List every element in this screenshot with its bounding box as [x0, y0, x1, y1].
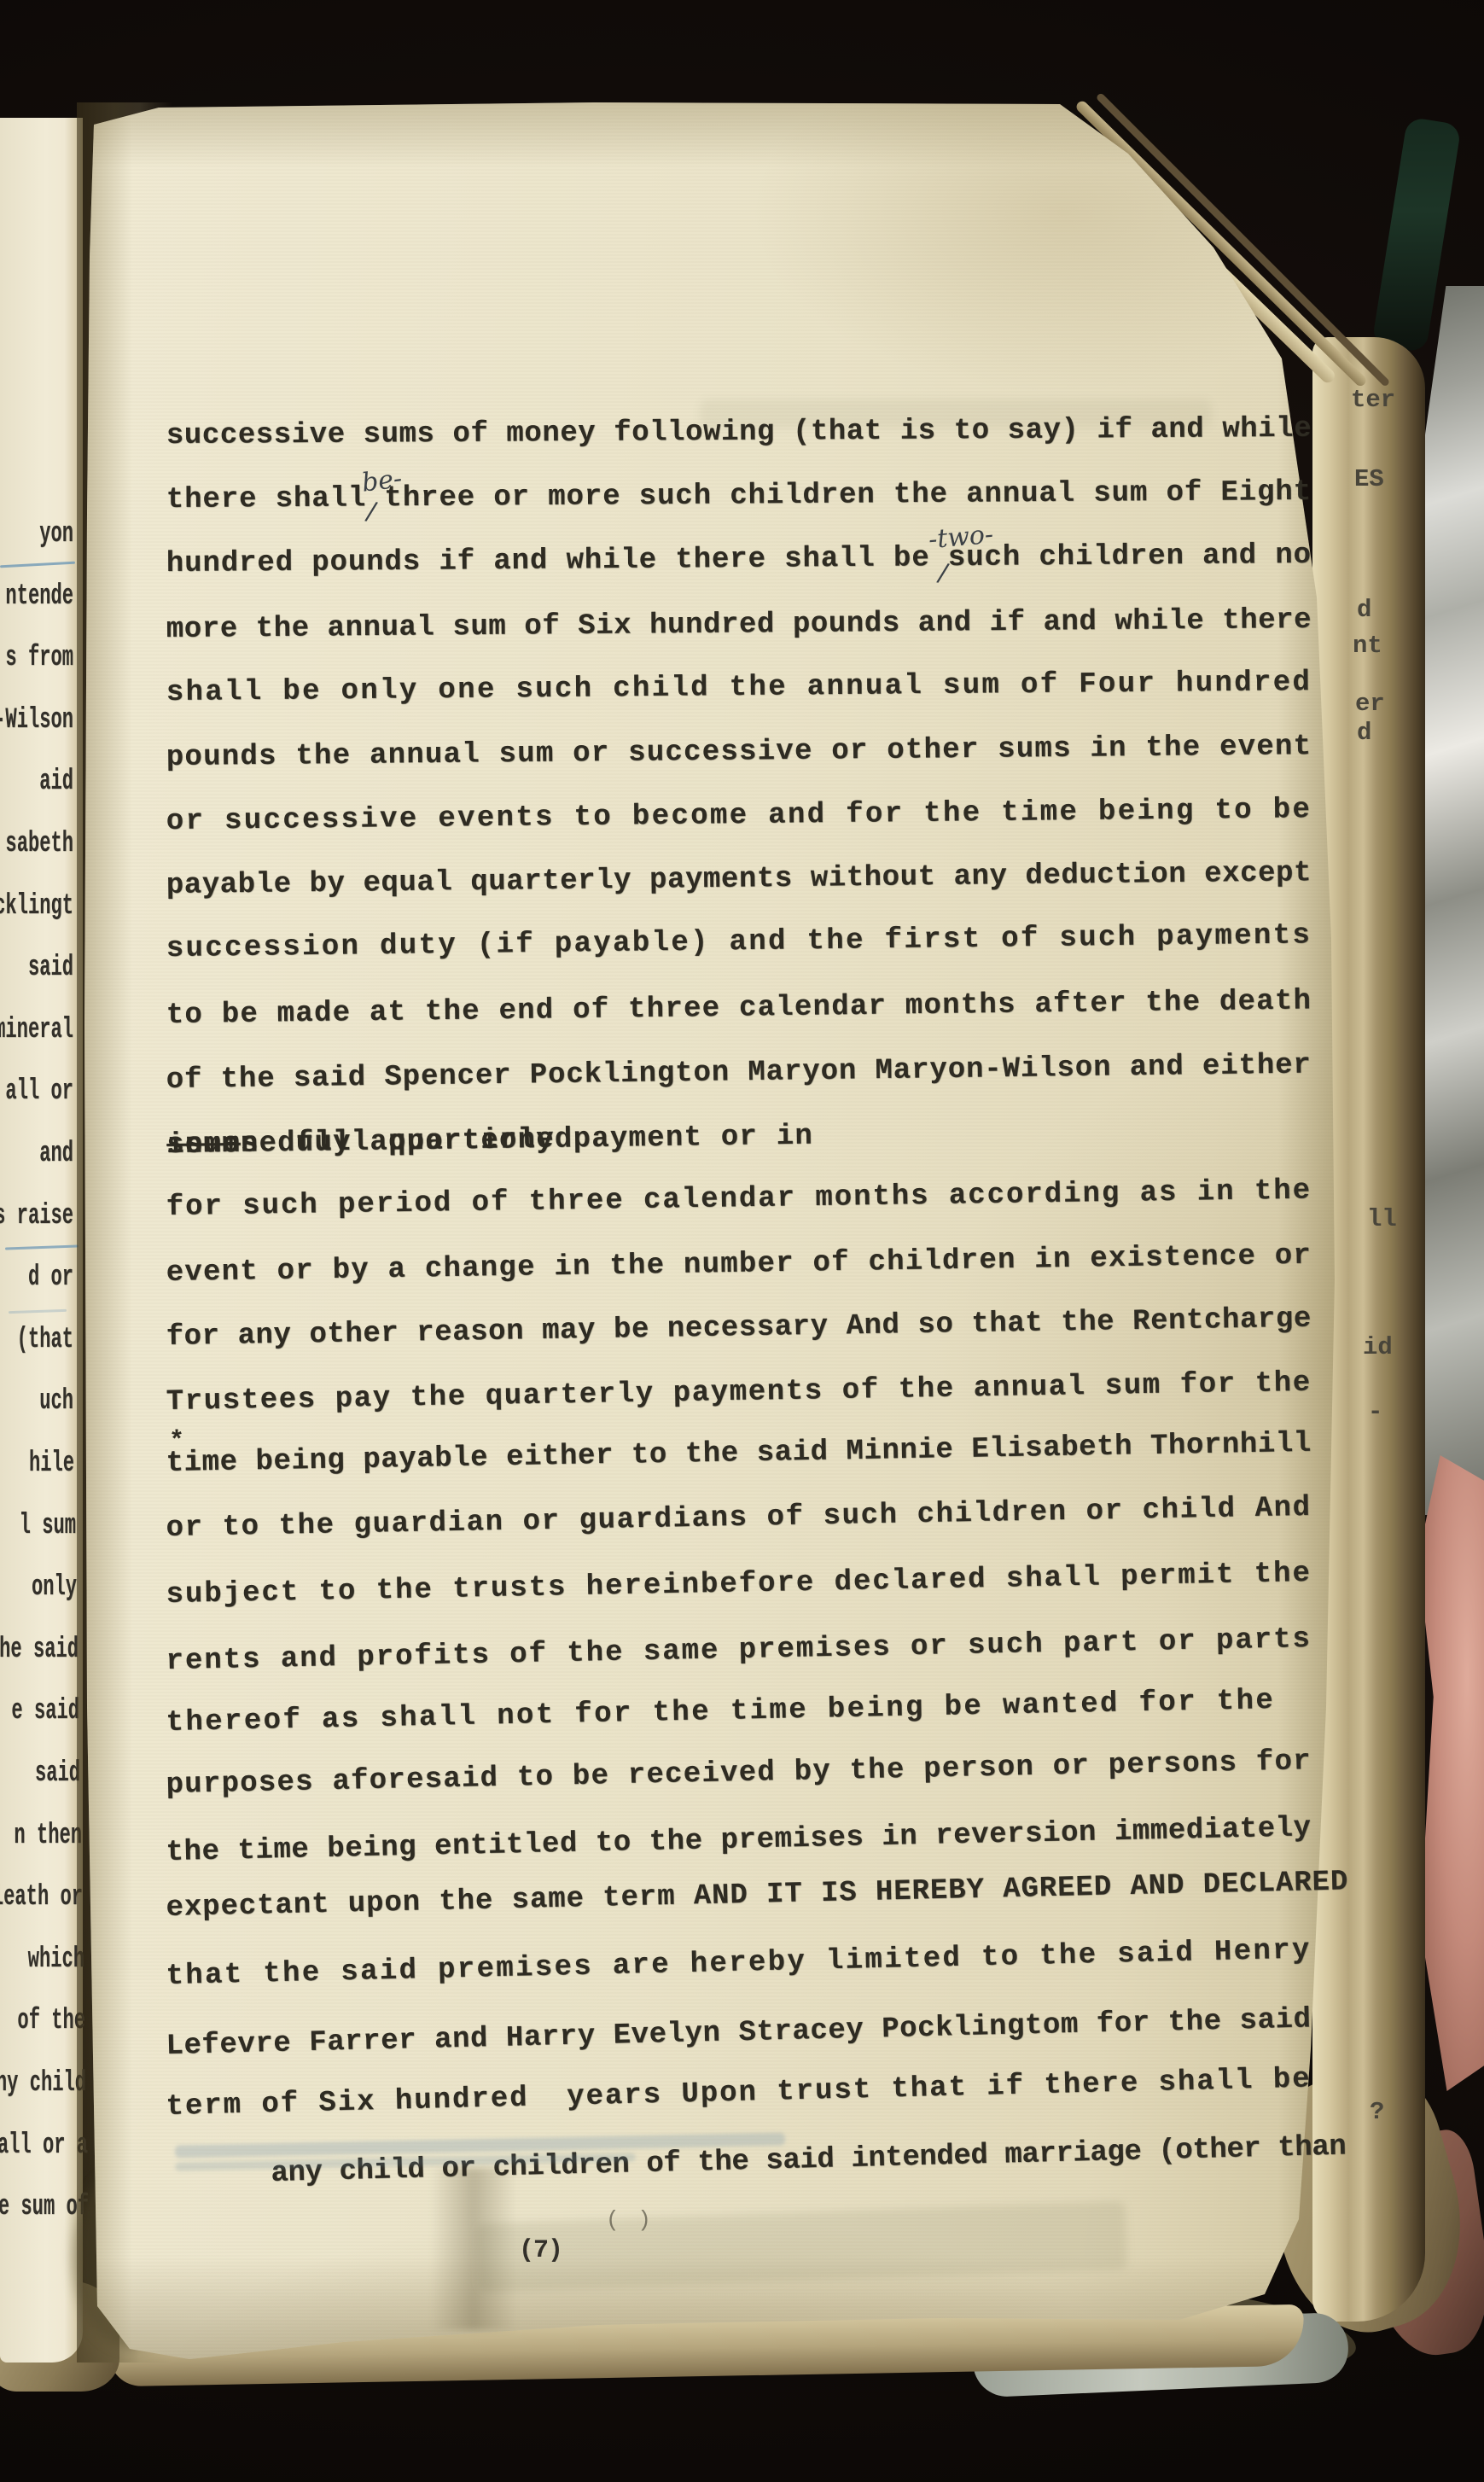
right-edge-fragment-5: er: [1355, 690, 1385, 718]
right-edge-fragment-6: d: [1357, 719, 1371, 747]
right-edge-fragment-1: ter: [1351, 386, 1395, 414]
right-edge-fragment-9: -: [1368, 1398, 1382, 1426]
book-page-photograph: yonntendes from-Wilsonaidsabethcklingtsa…: [0, 0, 1484, 2482]
right-edge-fragment-3: d: [1357, 596, 1371, 624]
right-edge-fragment-8: id: [1363, 1333, 1393, 1361]
right-edge-fragment-2: ES: [1354, 465, 1384, 493]
right-edge-fragment-10: ?: [1370, 2098, 1384, 2126]
right-edge-fragment-7: ll: [1367, 1205, 1397, 1233]
right-edge-fragment-4: nt: [1353, 632, 1382, 660]
next-page-text-fragments: terESdnterdllid-?: [0, 0, 1484, 2482]
